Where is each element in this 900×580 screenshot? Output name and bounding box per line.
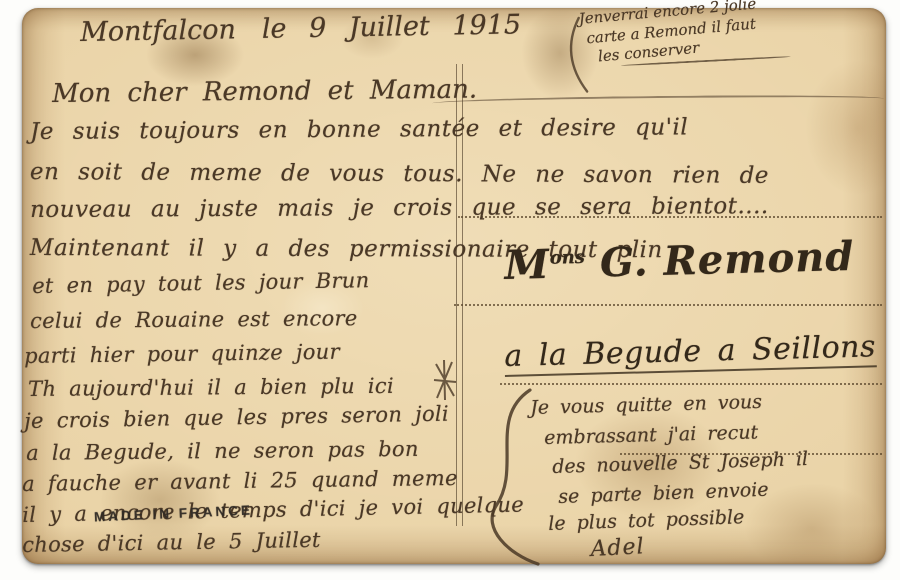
letter-line: a fauche er avant li 25 quand meme <box>22 467 458 496</box>
dotted-address-line <box>454 304 882 306</box>
signature: Adel <box>590 535 645 562</box>
dateline: Montfalconle 9 Juillet 1915 <box>80 10 521 47</box>
address-honorific-sup: ons <box>549 247 585 269</box>
address-name: Mons G. Remond <box>504 235 855 288</box>
letter-line: a la Begude, il ne seron pas bon <box>26 438 419 465</box>
address-person: G. Remond <box>599 233 854 287</box>
dotted-address-line <box>500 383 882 385</box>
letter-line: embrassant j'ai recut <box>544 422 758 448</box>
letter-line: je crois bien que les pres seron joli <box>24 403 449 434</box>
ink-scribble-mark <box>432 358 458 402</box>
letter-line: des nouvelle St Joseph il <box>552 449 808 478</box>
letter-line: parti hier pour quinze jour <box>24 341 340 368</box>
letter-line: et en pay tout les jour Brun <box>32 269 370 298</box>
corner-note: Jenverrai encore 2 jolie carte a Remond … <box>578 0 791 72</box>
address-location: a la Begude a Seillons <box>504 330 876 377</box>
postcard-back: Montfalconle 9 Juillet 1915 Jenverrai en… <box>22 8 886 564</box>
pen-flourish-line <box>432 94 884 109</box>
letter-line: Th aujourd'hui il a bien plu ici <box>28 375 394 401</box>
letter-line: nouveau au juste mais je crois que se se… <box>30 194 769 223</box>
salutation: Mon cher Remond et Maman. <box>52 76 477 109</box>
letter-line: en soit de meme de vous tous. Ne ne savo… <box>30 160 769 189</box>
dateline-date: le 9 Juillet 1915 <box>262 9 522 45</box>
scanned-postcard-photo: Montfalconle 9 Juillet 1915 Jenverrai en… <box>0 0 900 580</box>
letter-line: celui de Rouaine est encore <box>30 307 358 333</box>
address-honorific: M <box>504 241 550 289</box>
letter-line: se parte bien envoie <box>558 480 769 508</box>
letter-line: Je vous quitte en vous <box>530 392 762 419</box>
letter-line: le plus tot possible <box>548 507 745 535</box>
letter-line: Je suis toujours en bonne santée et desi… <box>30 115 688 145</box>
letter-line: chose d'ici au le 5 Juillet <box>22 529 321 557</box>
dateline-place: Montfalcon <box>80 14 236 48</box>
